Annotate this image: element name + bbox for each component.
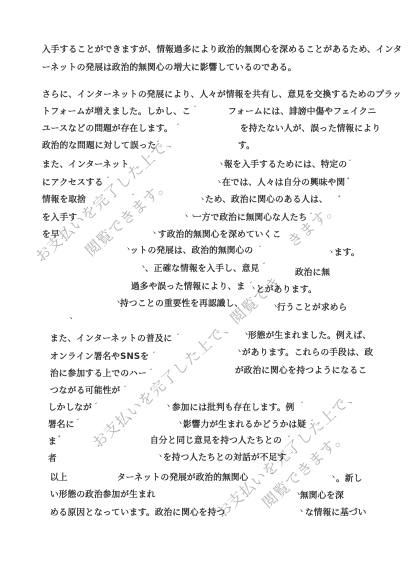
clipped-character-sliver: ゛ [338,196,345,203]
clipped-character-sliver: ヽ [177,420,184,427]
clipped-character-sliver: ヽ [328,249,335,256]
text-fragment: 、正確な情報を入手し、意見 [145,265,259,274]
clipped-character-sliver: ヽ [295,491,302,498]
text-fragment: める原因となっています。政治に関心を持つ [50,509,225,518]
clipped-character-sliver: ヽ [165,403,172,410]
clipped-character-sliver: ヽヽ [183,213,196,220]
clipped-character-sliver: ´ [131,194,134,201]
text-fragment: ま [48,438,57,447]
text-fragment: 報を入手するためには、特定の [224,161,347,170]
text-fragment: す政治的無関心を深めていくこ [158,231,281,240]
text-fragment: があります。これらの手段は、政 [242,349,373,358]
text-fragment: を入手す [42,214,77,223]
text-fragment: 過多や誤った情報により、ま [131,283,245,292]
text-fragment: 一方で政治に無関心な人たち [193,214,307,223]
text-fragment: 政治に無 [295,269,330,278]
text-fragment: 無関心を深 [300,492,344,501]
text-fragment: フォームには、誹謗中傷やフェイクニ [228,108,376,117]
text-fragment: ため、政治に関心のある人は、 [205,196,328,205]
text-fragment: 。新し [336,475,362,484]
text-fragment: さらに、インターネットの発展により、人々が情報を共有し、意見を交換するためのプラ… [42,91,402,100]
clipped-character-sliver: ´ [290,452,293,459]
clipped-character-sliver: ´ [152,352,155,359]
clipped-character-sliver: ´ [156,141,159,148]
text-fragment: を持つ人たちとの対話が不足す [163,454,286,463]
text-fragment: 影響力が生まれるかどうかは疑 [183,421,306,430]
clipped-character-sliver: ヽ [157,453,164,460]
text-fragment: 持つことの重要性を再認識し、 [120,300,243,309]
clipped-character-sliver: ´ [258,246,261,253]
text-fragment: 在では、人々は自分の興味や関 [222,179,345,188]
text-fragment: にアクセスする [42,179,103,188]
clipped-character-sliver: ´ [287,436,290,443]
text-fragment: とがあります。 [256,286,317,295]
body-text-layer: 入手することができますが、情報過多により政治的無関心を深めることがあるため、イン… [0,0,410,580]
text-fragment: 政治的な問題に対して誤った [42,142,156,151]
clipped-character-sliver: ´ [176,124,179,131]
text-fragment: が政治に関心を持つようになるこ [235,367,367,376]
text-fragment: な情報に基づい [305,509,367,518]
clipped-character-sliver: ´ [262,263,265,270]
clipped-character-sliver: ヽ [199,196,206,203]
text-fragment: 情報を取捨 [42,196,86,205]
clipped-character-sliver: ヽ [216,179,223,186]
text-fragment: 治に参加する上でのハー [50,370,147,379]
clipped-character-sliver: ´ [94,403,97,410]
clipped-character-sliver: ´ [193,106,196,113]
clipped-character-sliver: ´ [309,213,312,220]
clipped-character-sliver: ヽ [330,474,337,481]
clipped-character-sliver: ´ [310,420,313,427]
clipped-character-sliver: ヽ [298,508,305,515]
text-fragment: 行うことが求めら [277,304,347,313]
text-fragment: また、インターネットの普及に [50,335,172,344]
clipped-character-sliver: ヽ [243,331,250,338]
clipped-character-sliver: ´ [149,369,152,376]
clipped-character-sliver: ´ [106,177,109,184]
clipped-character-sliver: ´ [228,507,231,514]
clipped-character-sliver: ヽ [250,285,257,292]
document-page: お支払いを完了した上で、閲覧できます。お支払いを完了した上で、閲覧でききます。お… [0,0,410,580]
text-fragment: を持たない人が、誤った情報により [240,125,381,134]
text-fragment: しかしなが [48,404,92,413]
clipped-character-sliver: ´ [270,473,273,480]
text-fragment: す。 [238,142,255,151]
text-fragment: トフォームが増えました。しかし、こ [42,108,191,117]
text-fragment: ます。 [334,249,360,258]
clipped-character-sliver: ヽ [236,348,243,355]
clipped-character-sliver: ヽ [272,303,279,310]
clipped-character-sliver: ´ [76,419,79,426]
text-fragment: ーネットの発展は政治的無関心の増大に影響しているのである。 [42,64,297,73]
text-fragment: オンライン署名やSNSを [50,353,149,362]
text-fragment: また、インターネット [42,161,129,170]
clipped-character-sliver: ´ [123,386,126,393]
text-fragment: い形態の政治参加が生まれ [50,491,156,500]
clipped-character-sliver: ´ [62,230,65,237]
text-fragment: 以上 [50,474,68,483]
text-fragment: 入手することができますが、情報過多により政治的無関心を深めることがあるため、イン… [42,46,402,55]
text-fragment: つながる可能性が [50,387,120,396]
clipped-character-sliver: ヽ [151,230,158,237]
text-fragment: ユースなどの問題が存在します。 [42,125,173,134]
text-fragment: 形態が生まれました。例えば、 [248,332,371,341]
clipped-character-sliver: ヽ [125,246,132,253]
clipped-character-sliver: ヽ [115,299,122,306]
clipped-character-sliver: ´ [300,402,303,409]
clipped-character-sliver: ´ [348,160,351,167]
clipped-character-sliver: ゛ [347,178,354,185]
clipped-character-sliver: ヽ [140,264,147,271]
text-fragment: を早 [42,231,60,240]
text-fragment: ターネットの発展が政治的無関心 [117,474,248,483]
clipped-character-sliver: ´ [176,334,179,341]
text-fragment: 者 [48,455,57,464]
clipped-character-sliver: 、 [70,313,77,320]
clipped-character-sliver: ヽ [218,161,225,168]
text-fragment: ットの発展は、政治的無関心の [130,247,253,256]
text-fragment: 自分と同じ意見を持つ人たちとの [150,437,282,446]
text-fragment: 参加には批判も存在します。例 [172,404,294,413]
text-fragment: 署名に [48,421,74,430]
clipped-character-sliver: ゛ [58,436,65,443]
